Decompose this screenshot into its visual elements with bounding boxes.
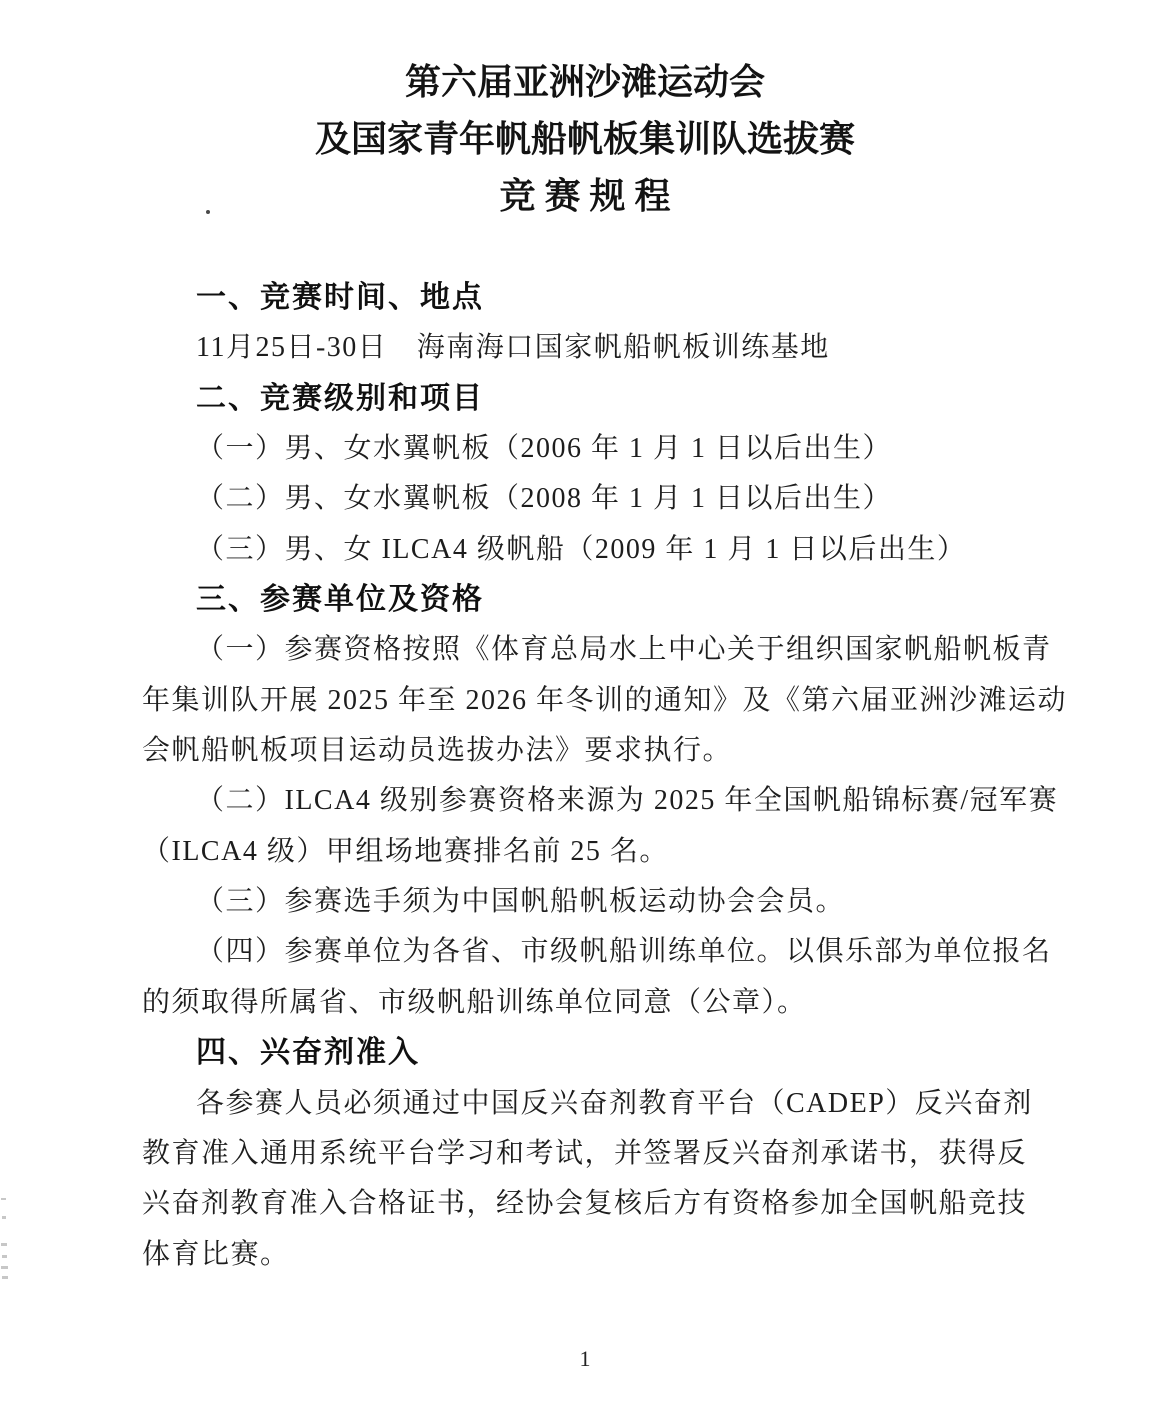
section-heading-3: 三、参赛单位及资格 [142, 575, 1070, 625]
body-line: 各参赛人员必须通过中国反兴奋剂教育平台（CADEP）反兴奋剂 [142, 1079, 1070, 1129]
document-body: 一、竞赛时间、地点 11月25日-30日 海南海口国家帆船帆板训练基地 二、竞赛… [142, 273, 1070, 1280]
document-page: 第六届亚洲沙滩运动会 及国家青年帆船帆板集训队选拔赛 竞赛规程 一、竞赛时间、地… [0, 0, 1170, 1420]
body-line: 年集训队开展 2025 年至 2026 年冬训的通知》及《第六届亚洲沙滩运动 [142, 676, 1070, 726]
body-line: （四）参赛单位为各省、市级帆船训练单位。以俱乐部为单位报名 [142, 927, 1070, 977]
body-line: （三）参赛选手须为中国帆船帆板运动协会会员。 [142, 877, 1070, 927]
document-title-block: 第六届亚洲沙滩运动会 及国家青年帆船帆板集训队选拔赛 竞赛规程 [0, 54, 1170, 225]
scan-edge-artifact [2, 1216, 6, 1219]
document-title-line-1: 第六届亚洲沙滩运动会 [0, 54, 1170, 111]
ink-dot-artifact [206, 210, 210, 214]
scan-edge-artifact [2, 1255, 7, 1258]
body-line: （一）参赛资格按照《体育总局水上中心关于组织国家帆船帆板青 [142, 625, 1070, 675]
body-line: 的须取得所属省、市级帆船训练单位同意（公章）。 [142, 978, 1070, 1028]
body-line: 体育比赛。 [142, 1230, 1070, 1280]
document-title-line-2: 及国家青年帆船帆板集训队选拔赛 [0, 111, 1170, 168]
section-heading-1: 一、竞赛时间、地点 [142, 273, 1070, 323]
section-heading-2: 二、竞赛级别和项目 [142, 374, 1070, 424]
body-line: 11月25日-30日 海南海口国家帆船帆板训练基地 [142, 323, 1070, 373]
scan-edge-artifact [1, 1266, 8, 1269]
body-line: （三）男、女 ILCA4 级帆船（2009 年 1 月 1 日以后出生） [142, 525, 1070, 575]
section-heading-4: 四、兴奋剂准入 [142, 1028, 1070, 1078]
scan-edge-artifact [1, 1243, 7, 1246]
body-line: 教育准入通用系统平台学习和考试，并签署反兴奋剂承诺书，获得反 [142, 1129, 1070, 1179]
scan-edge-artifact [2, 1276, 8, 1279]
body-line: （一）男、女水翼帆板（2006 年 1 月 1 日以后出生） [142, 424, 1070, 474]
body-line: （二）男、女水翼帆板（2008 年 1 月 1 日以后出生） [142, 474, 1070, 524]
body-line: （二）ILCA4 级别参赛资格来源为 2025 年全国帆船锦标赛/冠军赛 [142, 776, 1070, 826]
page-number: 1 [0, 1346, 1170, 1372]
body-line: 会帆船帆板项目运动员选拔办法》要求执行。 [142, 726, 1070, 776]
body-line: 兴奋剂教育准入合格证书，经协会复核后方有资格参加全国帆船竞技 [142, 1179, 1070, 1229]
scan-edge-artifact [1, 1198, 6, 1200]
document-title-line-3: 竞赛规程 [0, 168, 1170, 225]
body-line: （ILCA4 级）甲组场地赛排名前 25 名。 [142, 827, 1070, 877]
